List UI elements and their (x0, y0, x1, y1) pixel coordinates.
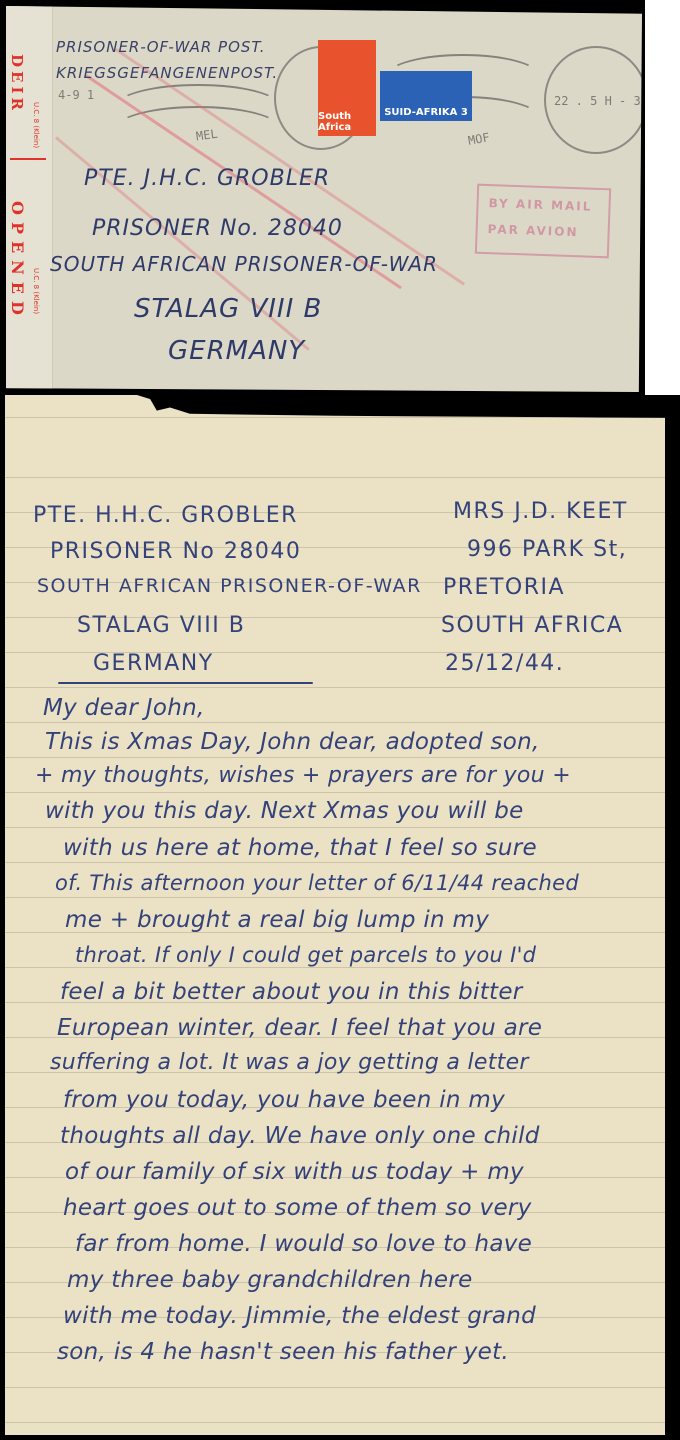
envelope-address-camp: STALAG VIII B (134, 294, 322, 324)
letter-body-line: heart goes out to some of them so very (63, 1195, 532, 1221)
envelope-address-country: GERMANY (168, 336, 305, 366)
postage-stamp-south-africa: South Africa (318, 40, 376, 136)
postmark-text-center: MEL (195, 127, 218, 144)
letter-body-line: with you this day. Next Xmas you will be (45, 798, 524, 824)
letter-body-line: with us here at home, that I feel so sur… (63, 835, 537, 861)
letter-recipient-line3: SOUTH AFRICAN PRISONER-OF-WAR (37, 575, 422, 597)
letter-body-line: European winter, dear. I feel that you a… (57, 1015, 542, 1041)
postmark-date-right: 22 . 5 H - 3 (554, 94, 641, 108)
censor-tape: DEIR U.C. 8 (Klein) OPENED U.C. 8 (Klein… (6, 6, 53, 392)
letter-date: 25/12/44. (445, 651, 564, 676)
letter-body-line: This is Xmas Day, John dear, adopted son… (45, 729, 540, 755)
letter-sheet: PTE. H.H.C. GROBLER PRISONER No 28040 SO… (5, 395, 665, 1435)
letter-recipient-prisoner-no: PRISONER No 28040 (50, 539, 301, 564)
airmail-cachet: BY AIR MAIL PAR AVION (475, 184, 611, 259)
envelope-address-prisoner-no: PRISONER No. 28040 (92, 216, 343, 241)
letter-body-line: suffering a lot. It was a joy getting a … (50, 1050, 529, 1075)
pow-post-header-line1: PRISONER-OF-WAR POST. (56, 38, 266, 56)
letter-body-line: thoughts all day. We have only one child (60, 1123, 540, 1149)
letter-sender-country: SOUTH AFRICA (441, 613, 623, 638)
envelope-address-name: PTE. J.H.C. GROBLER (84, 166, 330, 191)
letter-body-line: son, is 4 he hasn't seen his father yet. (57, 1339, 509, 1365)
envelope-address-line3: SOUTH AFRICAN PRISONER-OF-WAR (50, 252, 438, 276)
letter-sender-street: 996 PARK St, (467, 537, 627, 562)
postmark-date-left: 4-9 1 (58, 88, 94, 102)
postage-stamp-suid-afrika: SUID-AFRIKA 3 (380, 71, 472, 121)
censor-divider (10, 158, 46, 160)
letter-recipient-country: GERMANY (93, 651, 214, 676)
germany-underline (58, 682, 313, 684)
letter-body-line: me + brought a real big lump in my (65, 907, 489, 933)
pow-post-header-line2: KRIEGSGEFANGENENPOST. (56, 64, 278, 82)
letter-recipient-camp: STALAG VIII B (77, 613, 245, 638)
envelope: DEIR U.C. 8 (Klein) OPENED U.C. 8 (Klein… (6, 6, 642, 392)
letter-body-line: with me today. Jimmie, the eldest grand (63, 1303, 536, 1329)
censor-word-opened: OPENED (8, 201, 27, 322)
letter-body-line: + my thoughts, wishes + prayers are for … (35, 763, 571, 788)
background-margin (645, 0, 680, 395)
letter-body-line: far from home. I would so love to have (75, 1231, 532, 1257)
letter-body-line: feel a bit better about you in this bitt… (60, 979, 523, 1005)
censor-code-top: U.C. 8 (Klein) (32, 102, 40, 148)
letter-body-line: of. This afternoon your letter of 6/11/4… (55, 871, 579, 895)
censor-word-deir: DEIR (8, 54, 26, 114)
letter-body-line: throat. If only I could get parcels to y… (75, 943, 536, 967)
censor-code-bottom: U.C. 8 (Klein) (32, 268, 40, 314)
airmail-line1: BY AIR MAIL (488, 196, 592, 214)
letter-body-line: from you today, you have been in my (63, 1087, 505, 1113)
letter-sender-name: MRS J.D. KEET (453, 499, 628, 524)
postmark-text-right: MOF (467, 130, 491, 148)
letter-salutation: My dear John, (43, 695, 205, 721)
letter-recipient-name: PTE. H.H.C. GROBLER (33, 503, 298, 528)
letter-body-line: my three baby grandchildren here (67, 1267, 473, 1293)
letter-body-line: of our family of six with us today + my (65, 1159, 524, 1185)
letter-sender-city: PRETORIA (443, 575, 565, 600)
airmail-line2: PAR AVION (487, 222, 578, 239)
